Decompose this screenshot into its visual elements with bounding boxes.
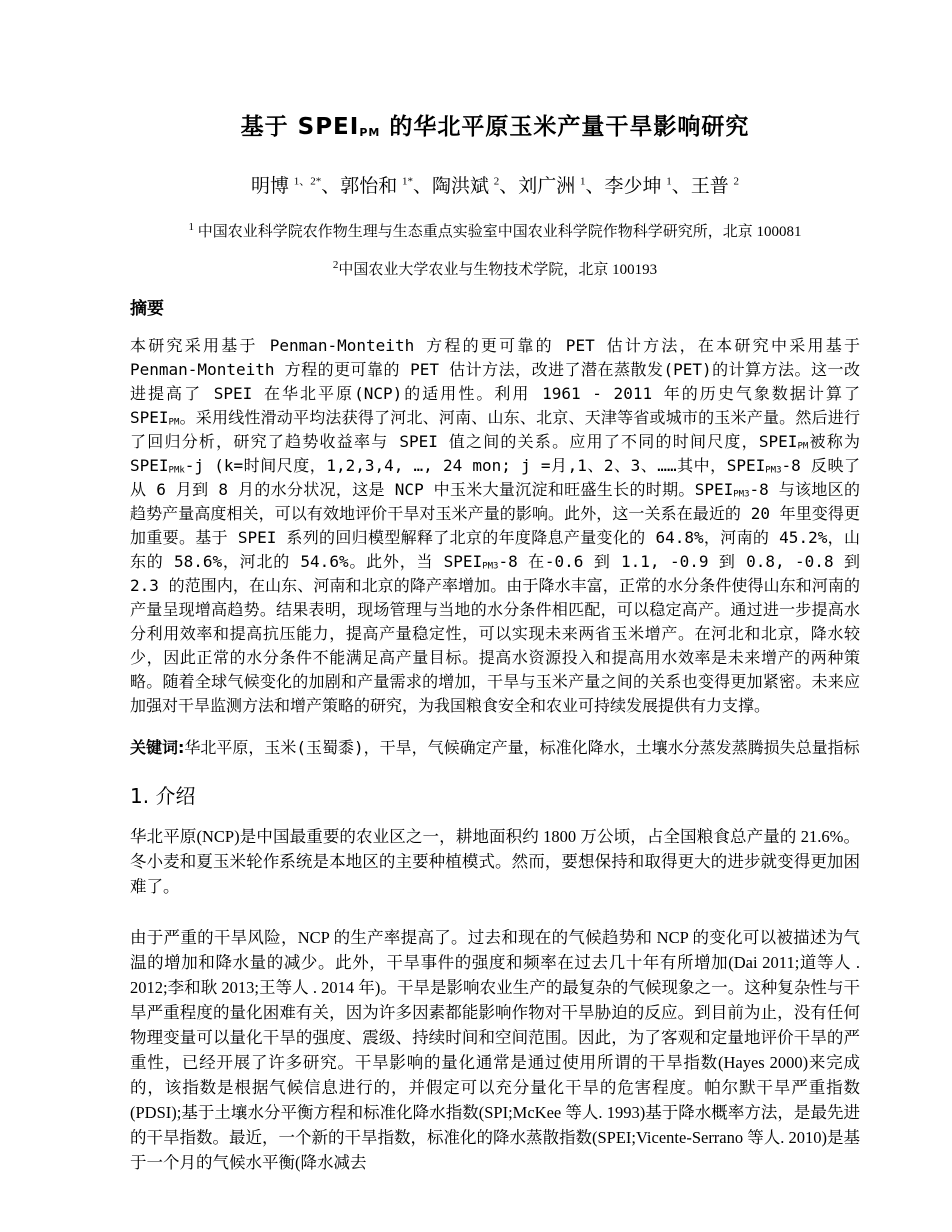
abstract-paragraph: 本研究采用基于 Penman-Monteith 方程的更可靠的 PET 估计方法…: [130, 334, 860, 718]
abstract-heading: 摘要: [130, 298, 860, 320]
intro-paragraph-2: 由于严重的干旱风险，NCP 的生产率提高了。过去和现在的气候趋势和 NCP 的变…: [130, 925, 860, 1175]
affiliation-2: 2中国农业大学农业与生物技术学院，北京 100193: [130, 260, 860, 280]
section-heading-introduction: 1. 介绍: [130, 782, 860, 810]
keywords-text: 华北平原，玉米(玉蜀黍)，干旱，气候确定产量，标准化降水，土壤水分蒸发蒸腾损失总…: [184, 738, 859, 757]
paper-title: 基于 SPEIPM 的华北平原玉米产量干旱影响研究: [130, 112, 860, 148]
document-page: 基于 SPEIPM 的华北平原玉米产量干旱影响研究 明博 1、2*、郭怡和 1*…: [0, 0, 952, 1232]
content-column: 基于 SPEIPM 的华北平原玉米产量干旱影响研究 明博 1、2*、郭怡和 1*…: [130, 112, 860, 1175]
affiliation-1: 1 中国农业科学院农作物生理与生态重点实验室中国农业科学院作物科学研究所，北京 …: [130, 222, 860, 242]
keywords-label: 关键词:: [130, 738, 184, 757]
authors-line: 明博 1、2*、郭怡和 1*、陶洪斌 2、刘广洲 1、李少坤 1、王普 2: [130, 174, 860, 200]
intro-paragraph-1: 华北平原(NCP)是中国最重要的农业区之一，耕地面积约 1800 万公顷，占全国…: [130, 824, 860, 899]
keywords-line: 关键词:华北平原，玉米(玉蜀黍)，干旱，气候确定产量，标准化降水，土壤水分蒸发蒸…: [130, 736, 860, 760]
